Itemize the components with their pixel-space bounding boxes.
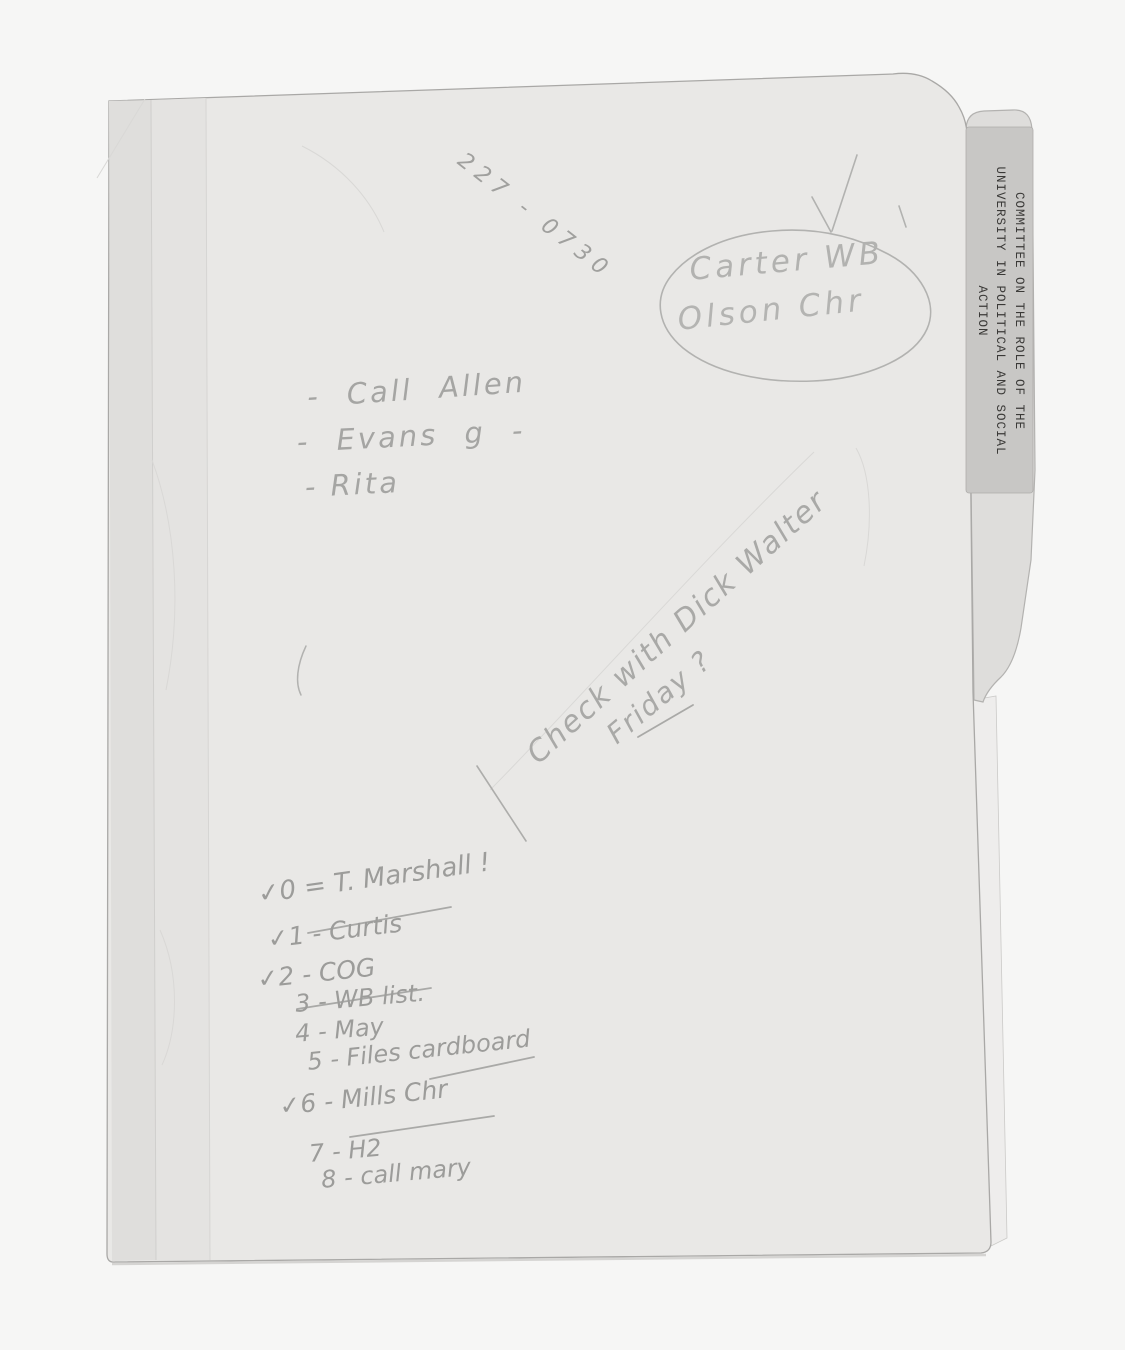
tab-label-line-3: ACTION [972,128,991,494]
folder-tab-label-text: COMMITTEE ON THE ROLE OF THE UNIVERSITY … [964,128,1036,494]
folder-artwork [0,0,1125,1350]
tab-label-line-2: UNIVERSITY IN POLITICAL AND SOCIAL [991,128,1010,494]
folder-tab-label: COMMITTEE ON THE ROLE OF THE UNIVERSITY … [964,128,1036,494]
call-list-line-3: - Rita [304,465,401,504]
spine-strip-light [151,98,210,1260]
scanned-folder-photo: COMMITTEE ON THE ROLE OF THE UNIVERSITY … [0,0,1125,1350]
spine-strip-dark [109,100,156,1261]
tab-label-line-1: COMMITTEE ON THE ROLE OF THE [1009,128,1028,494]
